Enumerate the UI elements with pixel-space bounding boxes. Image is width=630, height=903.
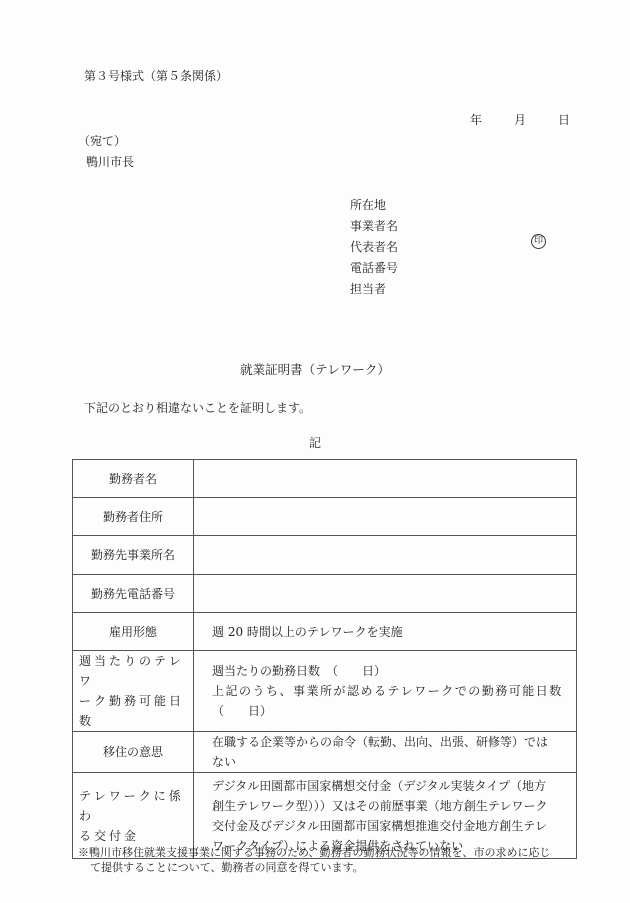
worker-name-cell[interactable] (194, 460, 577, 498)
ki-heading: 記 (0, 435, 630, 451)
table-row: 勤務者名 (73, 460, 577, 498)
addressee-label: （宛て） (78, 133, 126, 149)
footnote: ※鴨川市移住就業支援事業に関する事務のため、勤務者の勤務状況等の情報を、市の求め… (78, 845, 578, 875)
row-label: 週当たりのテレワ ーク勤務可能日数 (73, 651, 194, 732)
table-row: 週当たりのテレワ ーク勤務可能日数 週当たりの勤務日数 （ 日） 上記のうち、事… (73, 651, 577, 732)
certificate-table: 勤務者名 勤務者住所 勤務先事業所名 勤務先電話番号 雇用形態 週 20 時間以… (72, 459, 577, 859)
table-row: 雇用形態 週 20 時間以上のテレワークを実施 (73, 613, 577, 651)
table-row: 移住の意思 在職する企業等からの命令（転勤、出向、出張、研修等）では ない (73, 732, 577, 773)
date-month: 月 (514, 112, 526, 128)
telework-days-cell[interactable]: 週当たりの勤務日数 （ 日） 上記のうち、事業所が認めるテレワークでの勤務可能日… (194, 651, 577, 732)
seal-icon: 印 (531, 234, 546, 249)
row-label: 勤務者名 (73, 460, 194, 498)
date-line: 年 月 日 (470, 112, 570, 128)
certification-statement: 下記のとおり相違ないことを証明します。 (84, 400, 311, 416)
form-number: 第３号様式（第５条関係） (84, 68, 228, 84)
field-representative: 代表者名 (350, 237, 398, 258)
field-business-name: 事業者名 (350, 216, 398, 237)
employment-type-cell: 週 20 時間以上のテレワークを実施 (194, 613, 577, 651)
field-phone: 電話番号 (350, 258, 398, 279)
relocation-intent-cell: 在職する企業等からの命令（転勤、出向、出張、研修等）では ない (194, 732, 577, 773)
workplace-name-cell[interactable] (194, 536, 577, 575)
worker-address-cell[interactable] (194, 498, 577, 536)
document-title: 就業証明書（テレワーク） (0, 362, 630, 378)
table-row: 勤務先事業所名 (73, 536, 577, 575)
addressee-name: 鴨川市長 (86, 154, 134, 170)
row-label: 雇用形態 (73, 613, 194, 651)
field-address: 所在地 (350, 195, 398, 216)
applicant-block: 所在地 事業者名 代表者名 電話番号 担当者 (350, 195, 398, 300)
date-year: 年 (470, 112, 482, 128)
date-day: 日 (558, 112, 570, 128)
workplace-phone-cell[interactable] (194, 575, 577, 613)
table-row: 勤務者住所 (73, 498, 577, 536)
field-contact-person: 担当者 (350, 279, 398, 300)
row-label: 勤務先事業所名 (73, 536, 194, 575)
table-row: 勤務先電話番号 (73, 575, 577, 613)
row-label: 勤務者住所 (73, 498, 194, 536)
row-label: 勤務先電話番号 (73, 575, 194, 613)
row-label: 移住の意思 (73, 732, 194, 773)
